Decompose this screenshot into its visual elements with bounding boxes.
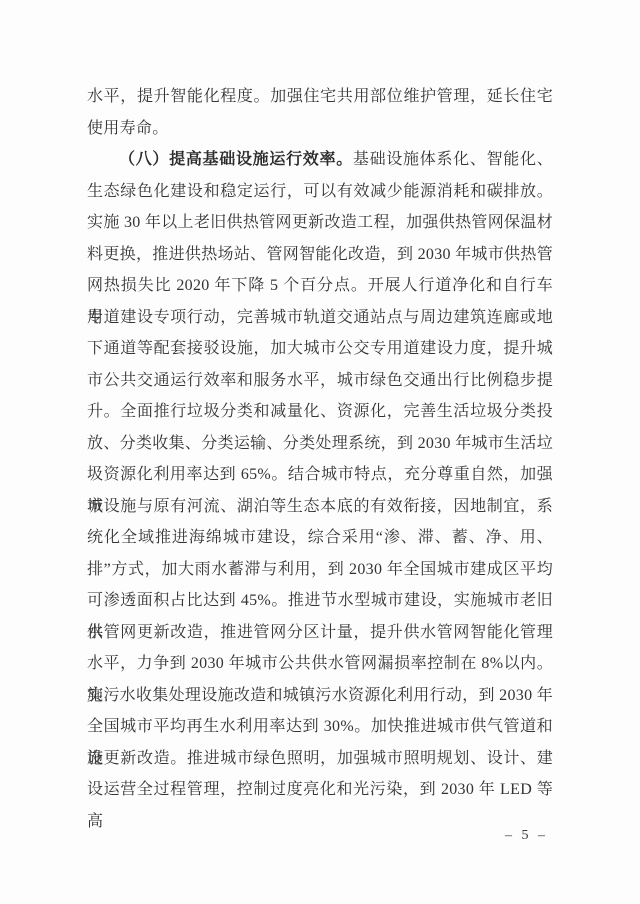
text-line: 统化全域推进海绵城市建设，综合采用“渗、滞、蓄、净、用、 xyxy=(87,522,553,554)
text-line: （八）提高基础设施运行效率。基础设施体系化、智能化、 xyxy=(87,144,553,176)
document-body: 水平，提升智能化程度。加强住宅共用部位维护管理，延长住宅使用寿命。（八）提高基础… xyxy=(87,81,553,806)
text-line: 用道建设专项行动，完善城市轨道交通站点与周边建筑连廊或地 xyxy=(87,302,553,334)
text-line: 施更新改造。推进城市绿色照明，加强城市照明规划、设计、建 xyxy=(87,743,553,775)
text-line: 使用寿命。 xyxy=(87,113,553,145)
text-line: 市设施与原有河流、湖泊等生态本底的有效衔接，因地制宜，系 xyxy=(87,491,553,523)
text-line: 全国城市平均再生水利用率达到 30%。加快推进城市供气管道和设 xyxy=(87,711,553,743)
text-line: 圾资源化利用率达到 65%。结合城市特点，充分尊重自然，加强城 xyxy=(87,459,553,491)
text-line: 生态绿色化建设和稳定运行，可以有效减少能源消耗和碳排放。 xyxy=(87,176,553,208)
text-line: 设运营全过程管理，控制过度亮化和光污染，到 2030 年 LED 等高 xyxy=(87,774,553,806)
text-line: 网热损失比 2020 年下降 5 个百分点。开展人行道净化和自行车专 xyxy=(87,270,553,302)
text-line: 水平，力争到 2030 年城市公共供水管网漏损率控制在 8%以内。实 xyxy=(87,648,553,680)
text-line: 下通道等配套接驳设施，加大城市公交专用道建设力度，提升城 xyxy=(87,333,553,365)
document-page: 水平，提升智能化程度。加强住宅共用部位维护管理，延长住宅使用寿命。（八）提高基础… xyxy=(0,0,640,904)
page-number: – 5 – xyxy=(505,827,548,845)
text-line: 升。全面推行垃圾分类和减量化、资源化，完善生活垃圾分类投 xyxy=(87,396,553,428)
text-line: 料更换，推进供热场站、管网智能化改造，到 2030 年城市供热管 xyxy=(87,239,553,271)
section-heading: （八）提高基础设施运行效率。 xyxy=(119,151,353,168)
text-line: 水管网更新改造，推进管网分区计量，提升供水管网智能化管理 xyxy=(87,617,553,649)
text-line: 施污水收集处理设施改造和城镇污水资源化利用行动，到 2030 年 xyxy=(87,680,553,712)
text-line: 放、分类收集、分类运输、分类处理系统，到 2030 年城市生活垃 xyxy=(87,428,553,460)
text-line: 市公共交通运行效率和服务水平，城市绿色交通出行比例稳步提 xyxy=(87,365,553,397)
text-line: 排”方式，加大雨水蓄滞与利用，到 2030 年全国城市建成区平均 xyxy=(87,554,553,586)
text-line: 水平，提升智能化程度。加强住宅共用部位维护管理，延长住宅 xyxy=(87,81,553,113)
text-line: 可渗透面积占比达到 45%。推进节水型城市建设，实施城市老旧供 xyxy=(87,585,553,617)
text-line: 实施 30 年以上老旧供热管网更新改造工程，加强供热管网保温材 xyxy=(87,207,553,239)
